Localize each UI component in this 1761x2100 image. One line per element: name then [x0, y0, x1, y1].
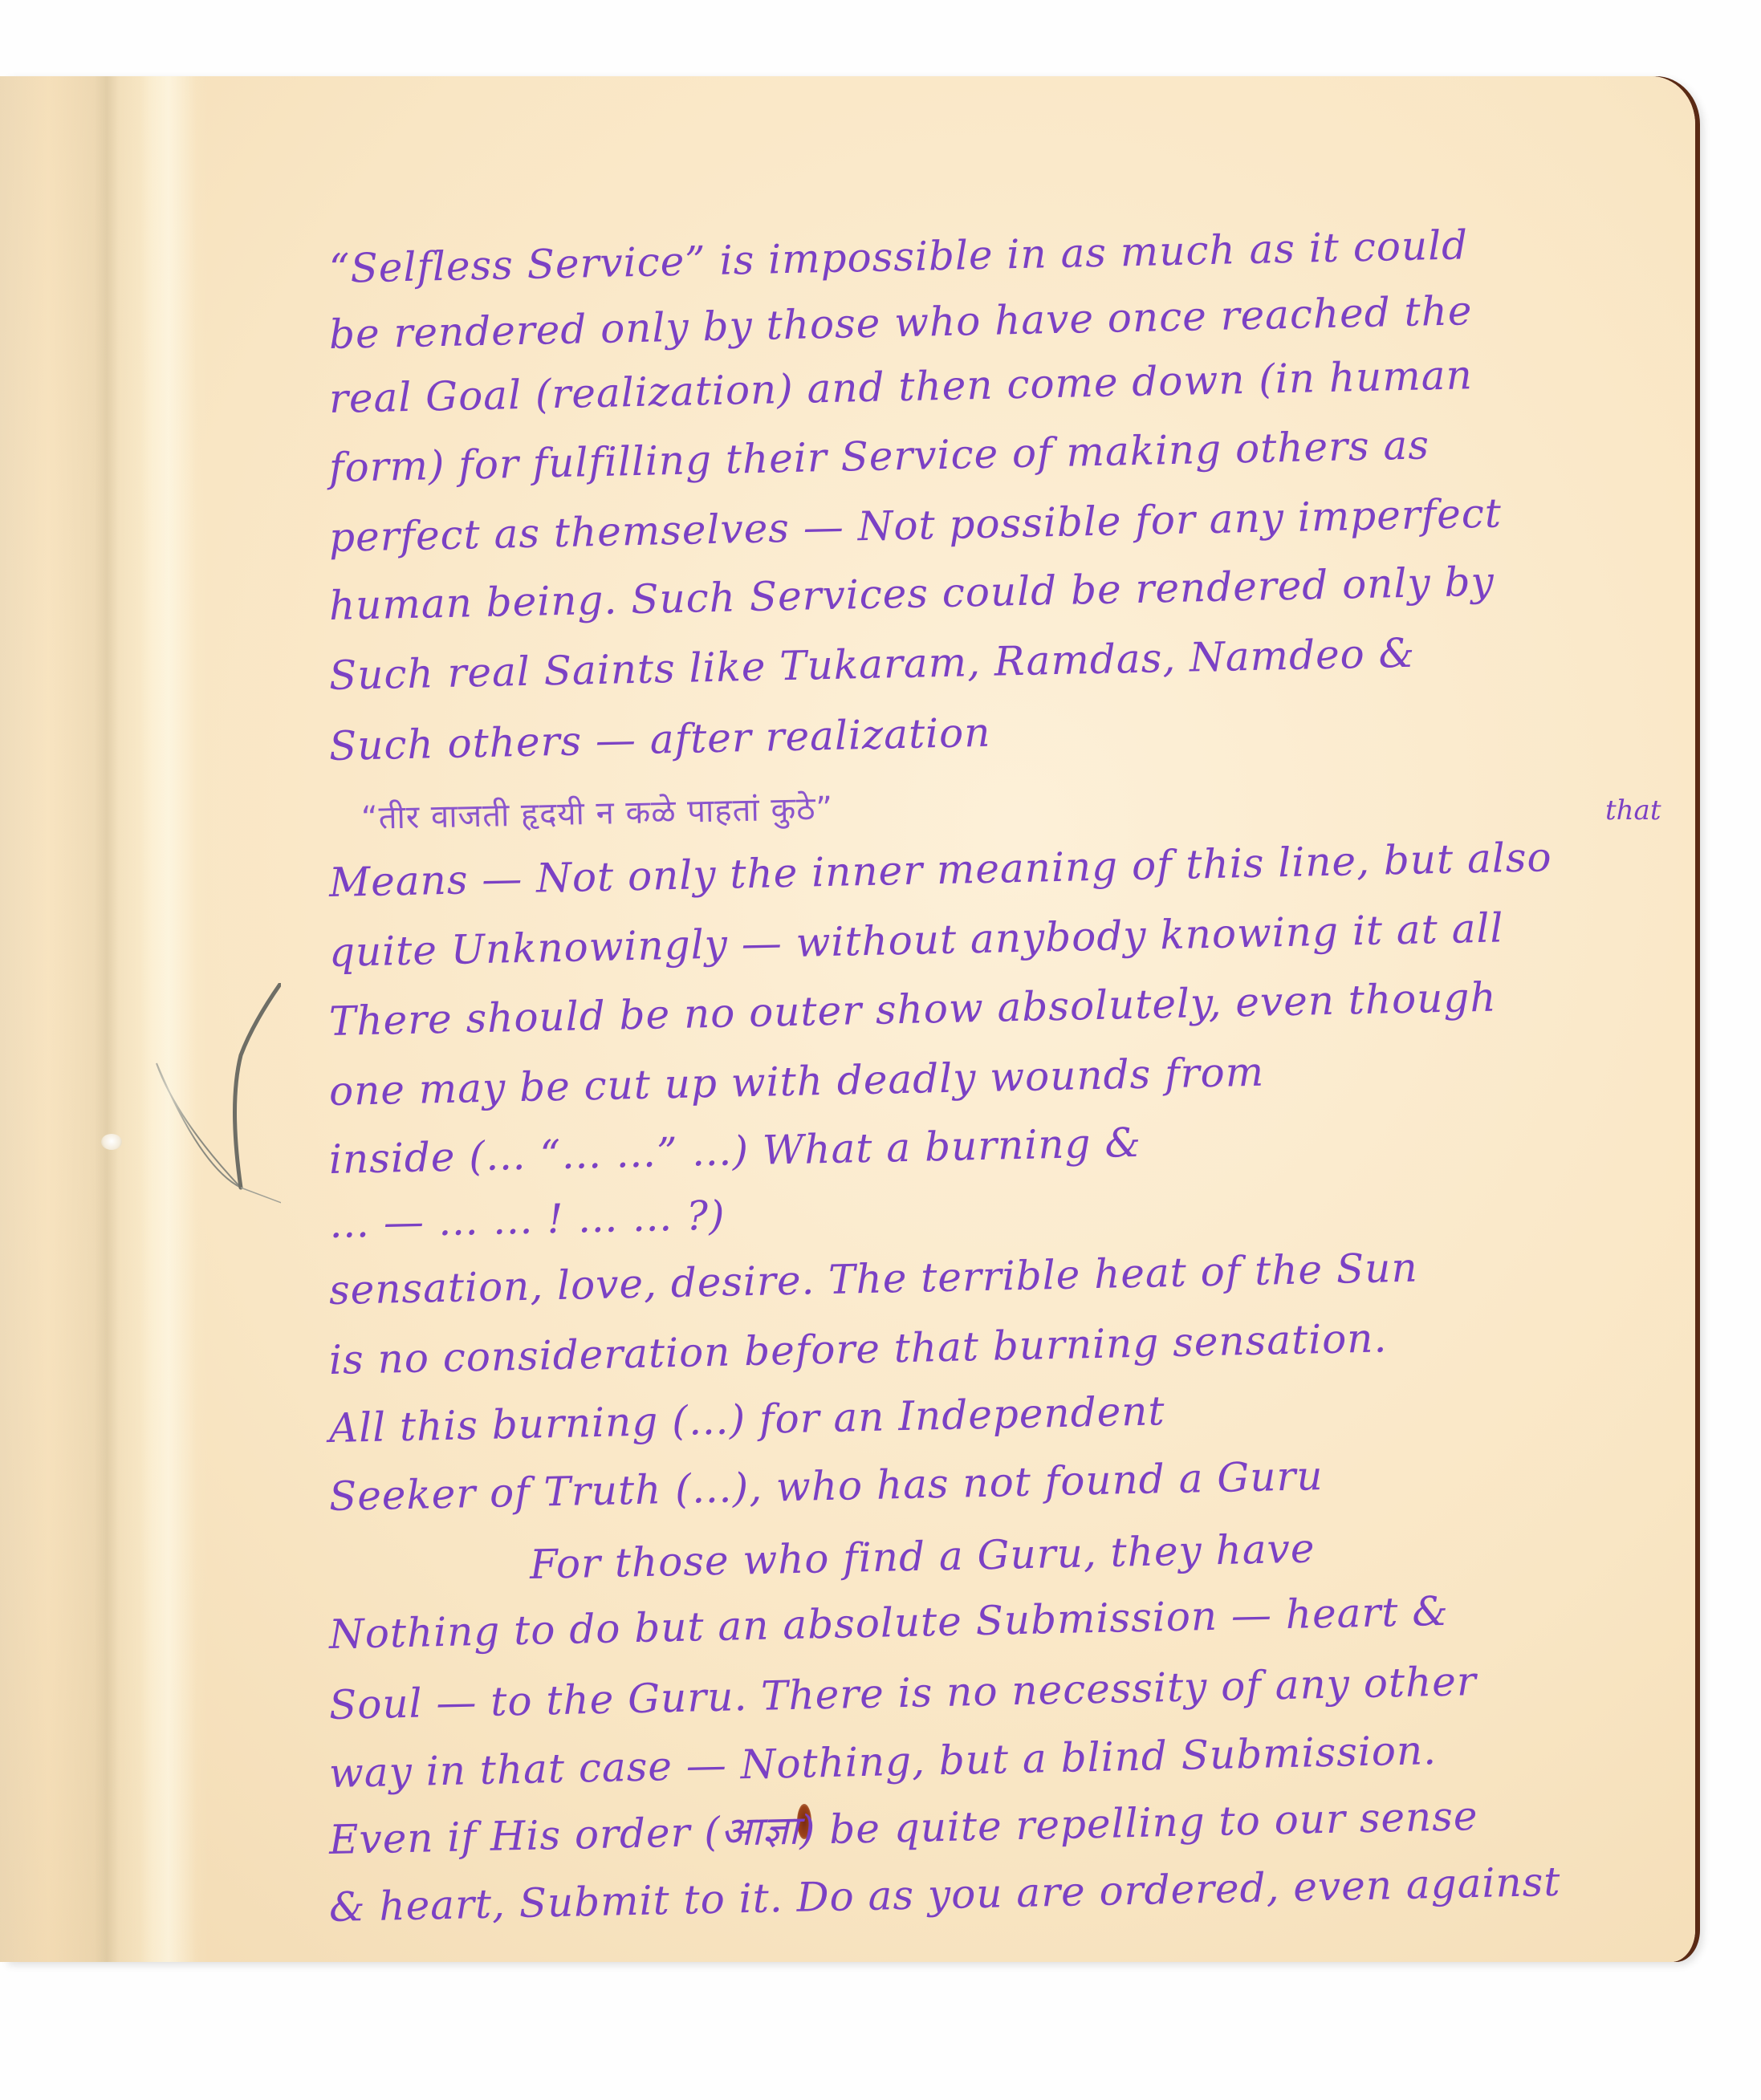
text-line-23: way in that case — Nothing, but a blind …: [328, 1730, 1437, 1793]
text-line-10: Means — Not only the inner meaning of th…: [328, 837, 1552, 903]
text-line-1: “Selfless Service” is impossible in as m…: [328, 225, 1468, 289]
text-line-13: one may be cut up with deadly wounds fro…: [328, 1052, 1264, 1111]
notebook-page: “Selfless Service” is impossible in as m…: [0, 76, 1695, 1962]
marathi-quote-line: “तीर वाजती हृदयी न कळे पाहतां कुठे”: [361, 793, 834, 835]
annotation-that: that: [1605, 794, 1661, 827]
text-line-15: … — … … ! … … ?): [328, 1196, 726, 1244]
text-line-11: quite Unknowingly — without anybody know…: [328, 908, 1503, 973]
text-line-22: Soul — to the Guru. There is no necessit…: [328, 1661, 1477, 1725]
text-line-7: Such real Saints like Tukaram, Ramdas, N…: [328, 633, 1415, 696]
text-line-20: For those who find a Guru, they have: [529, 1529, 1315, 1585]
text-line-3: real Goal (realization) and then come do…: [328, 355, 1473, 419]
text-line-25: & heart, Submit to it. Do as you are ord…: [328, 1862, 1560, 1927]
text-line-14: inside (… “… …” …) What a burning &: [328, 1123, 1141, 1180]
pencil-checkmark-icon: [153, 983, 281, 1240]
text-line-24: Even if His order (आज्ञा) be quite repel…: [328, 1796, 1478, 1860]
text-line-17: is no consideration before that burning …: [328, 1318, 1387, 1380]
text-line-18: All this burning (…) for an Independent: [328, 1391, 1165, 1448]
text-line-16: sensation, love, desire. The terrible he…: [328, 1248, 1418, 1310]
text-line-19: Seeker of Truth (…), who has not found a…: [328, 1456, 1324, 1517]
binding-hole: [101, 1134, 122, 1150]
text-line-4: form) for fulfilling their Service of ma…: [328, 424, 1430, 488]
text-line-21: Nothing to do but an absolute Submission…: [328, 1591, 1449, 1655]
text-line-12: There should be no outer show absolutely…: [328, 977, 1497, 1042]
text-line-8: Such others — after realization: [328, 713, 990, 766]
text-line-5: perfect as themselves — Not possible for…: [328, 493, 1502, 558]
text-line-6: human being. Such Services could be rend…: [328, 562, 1495, 626]
text-line-2: be rendered only by those who have once …: [328, 290, 1472, 355]
